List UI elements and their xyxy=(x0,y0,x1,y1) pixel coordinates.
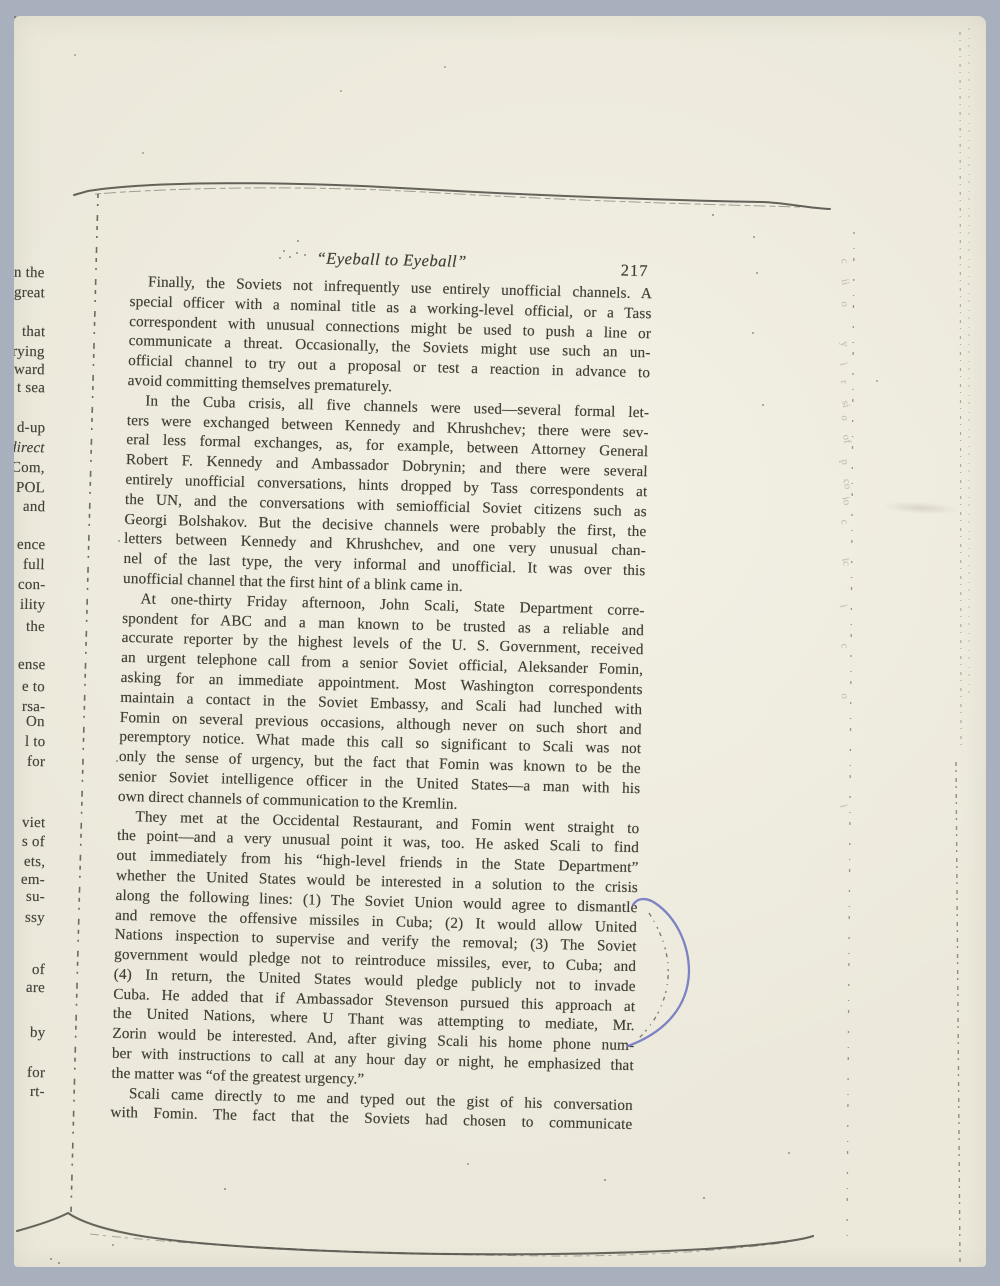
margin-fragment: for xyxy=(27,1065,45,1082)
ghost-mark: of xyxy=(840,433,854,444)
scan-background: n thegreatthatryingwardt sead-updirectCo… xyxy=(0,0,1000,1286)
margin-fragment: e to xyxy=(22,679,45,696)
toner-specks xyxy=(14,16,16,18)
margin-fragment: ence xyxy=(17,537,46,555)
paragraph: Finally, the Soviets not infrequently us… xyxy=(128,272,653,403)
paragraph: In the Cuba crisis, all five channels we… xyxy=(123,391,650,601)
ghost-mark: o xyxy=(838,692,851,700)
ghost-mark: p xyxy=(838,458,851,466)
ghost-mark: o xyxy=(838,300,851,308)
margin-fragment: viet xyxy=(22,815,46,832)
margin-fragment: ility xyxy=(20,597,46,615)
margin-fragment: for xyxy=(27,754,45,771)
margin-fragment: l to xyxy=(24,734,45,751)
running-head: “Eyeball to Eyeball” xyxy=(316,248,467,271)
margin-fragment: d-up xyxy=(17,420,46,438)
page-number: 217 xyxy=(621,261,649,281)
ghost-mark: c xyxy=(838,257,851,264)
margin-fragment: ward xyxy=(14,362,45,380)
margin-fragment: t sea xyxy=(17,380,45,398)
ghost-mark: io xyxy=(840,496,854,507)
margin-fragment: that xyxy=(22,324,46,341)
margin-fragment: rt- xyxy=(30,1084,45,1101)
margin-fragment: direct xyxy=(14,440,45,458)
ghost-mark: c xyxy=(838,518,851,525)
margin-fragment: by xyxy=(29,1025,45,1042)
page-text: “Eyeball to Eyeball” 217 Finally, the So… xyxy=(110,244,653,1135)
margin-fragment: On xyxy=(26,714,45,731)
ghost-mark: i xyxy=(837,603,849,608)
ghost-mark: c xyxy=(838,642,851,649)
margin-fragment: con- xyxy=(17,577,45,595)
ghost-mark: ii xyxy=(839,278,852,286)
margin-fragment: ets, xyxy=(24,854,46,871)
scanned-page: n thegreatthatryingwardt sead-updirectCo… xyxy=(14,16,986,1267)
ghost-mark: y xyxy=(838,340,851,348)
margin-fragment: of xyxy=(32,962,45,979)
margin-fragment: and xyxy=(23,499,46,516)
ghost-mark: co xyxy=(840,478,854,491)
ghost-mark: o xyxy=(838,414,851,422)
margin-fragment: Com, xyxy=(14,460,45,478)
ghost-mark: r xyxy=(838,379,851,385)
margin-fragment: em- xyxy=(21,872,45,889)
ghost-mark: ic xyxy=(839,557,852,567)
margin-fragment: great xyxy=(14,285,45,303)
ghost-mark: i xyxy=(837,361,849,366)
margin-fragment: full xyxy=(23,557,45,574)
smudge-mark xyxy=(882,500,961,516)
adjacent-page-text-fragments: n thegreatthatryingwardt sead-updirectCo… xyxy=(14,16,48,1267)
paragraph: At one-thirty Friday afternoon, John Sca… xyxy=(118,589,645,819)
margin-fragment: ssy xyxy=(25,910,45,927)
margin-fragment: s of xyxy=(22,834,45,851)
paragraph: They met at the Occidental Restaurant, a… xyxy=(111,806,639,1095)
body-text: Finally, the Soviets not infrequently us… xyxy=(110,272,652,1135)
ghost-mark: si xyxy=(839,399,852,409)
margin-fragment: n the xyxy=(14,265,45,283)
margin-fragment: ense xyxy=(17,657,45,675)
margin-fragment: POL xyxy=(16,480,45,498)
margin-fragment: the xyxy=(26,619,45,636)
margin-fragment: su- xyxy=(26,889,45,906)
margin-fragment: are xyxy=(26,980,45,997)
margin-fragment: rying xyxy=(14,344,45,362)
ghost-mark: i xyxy=(837,803,849,808)
